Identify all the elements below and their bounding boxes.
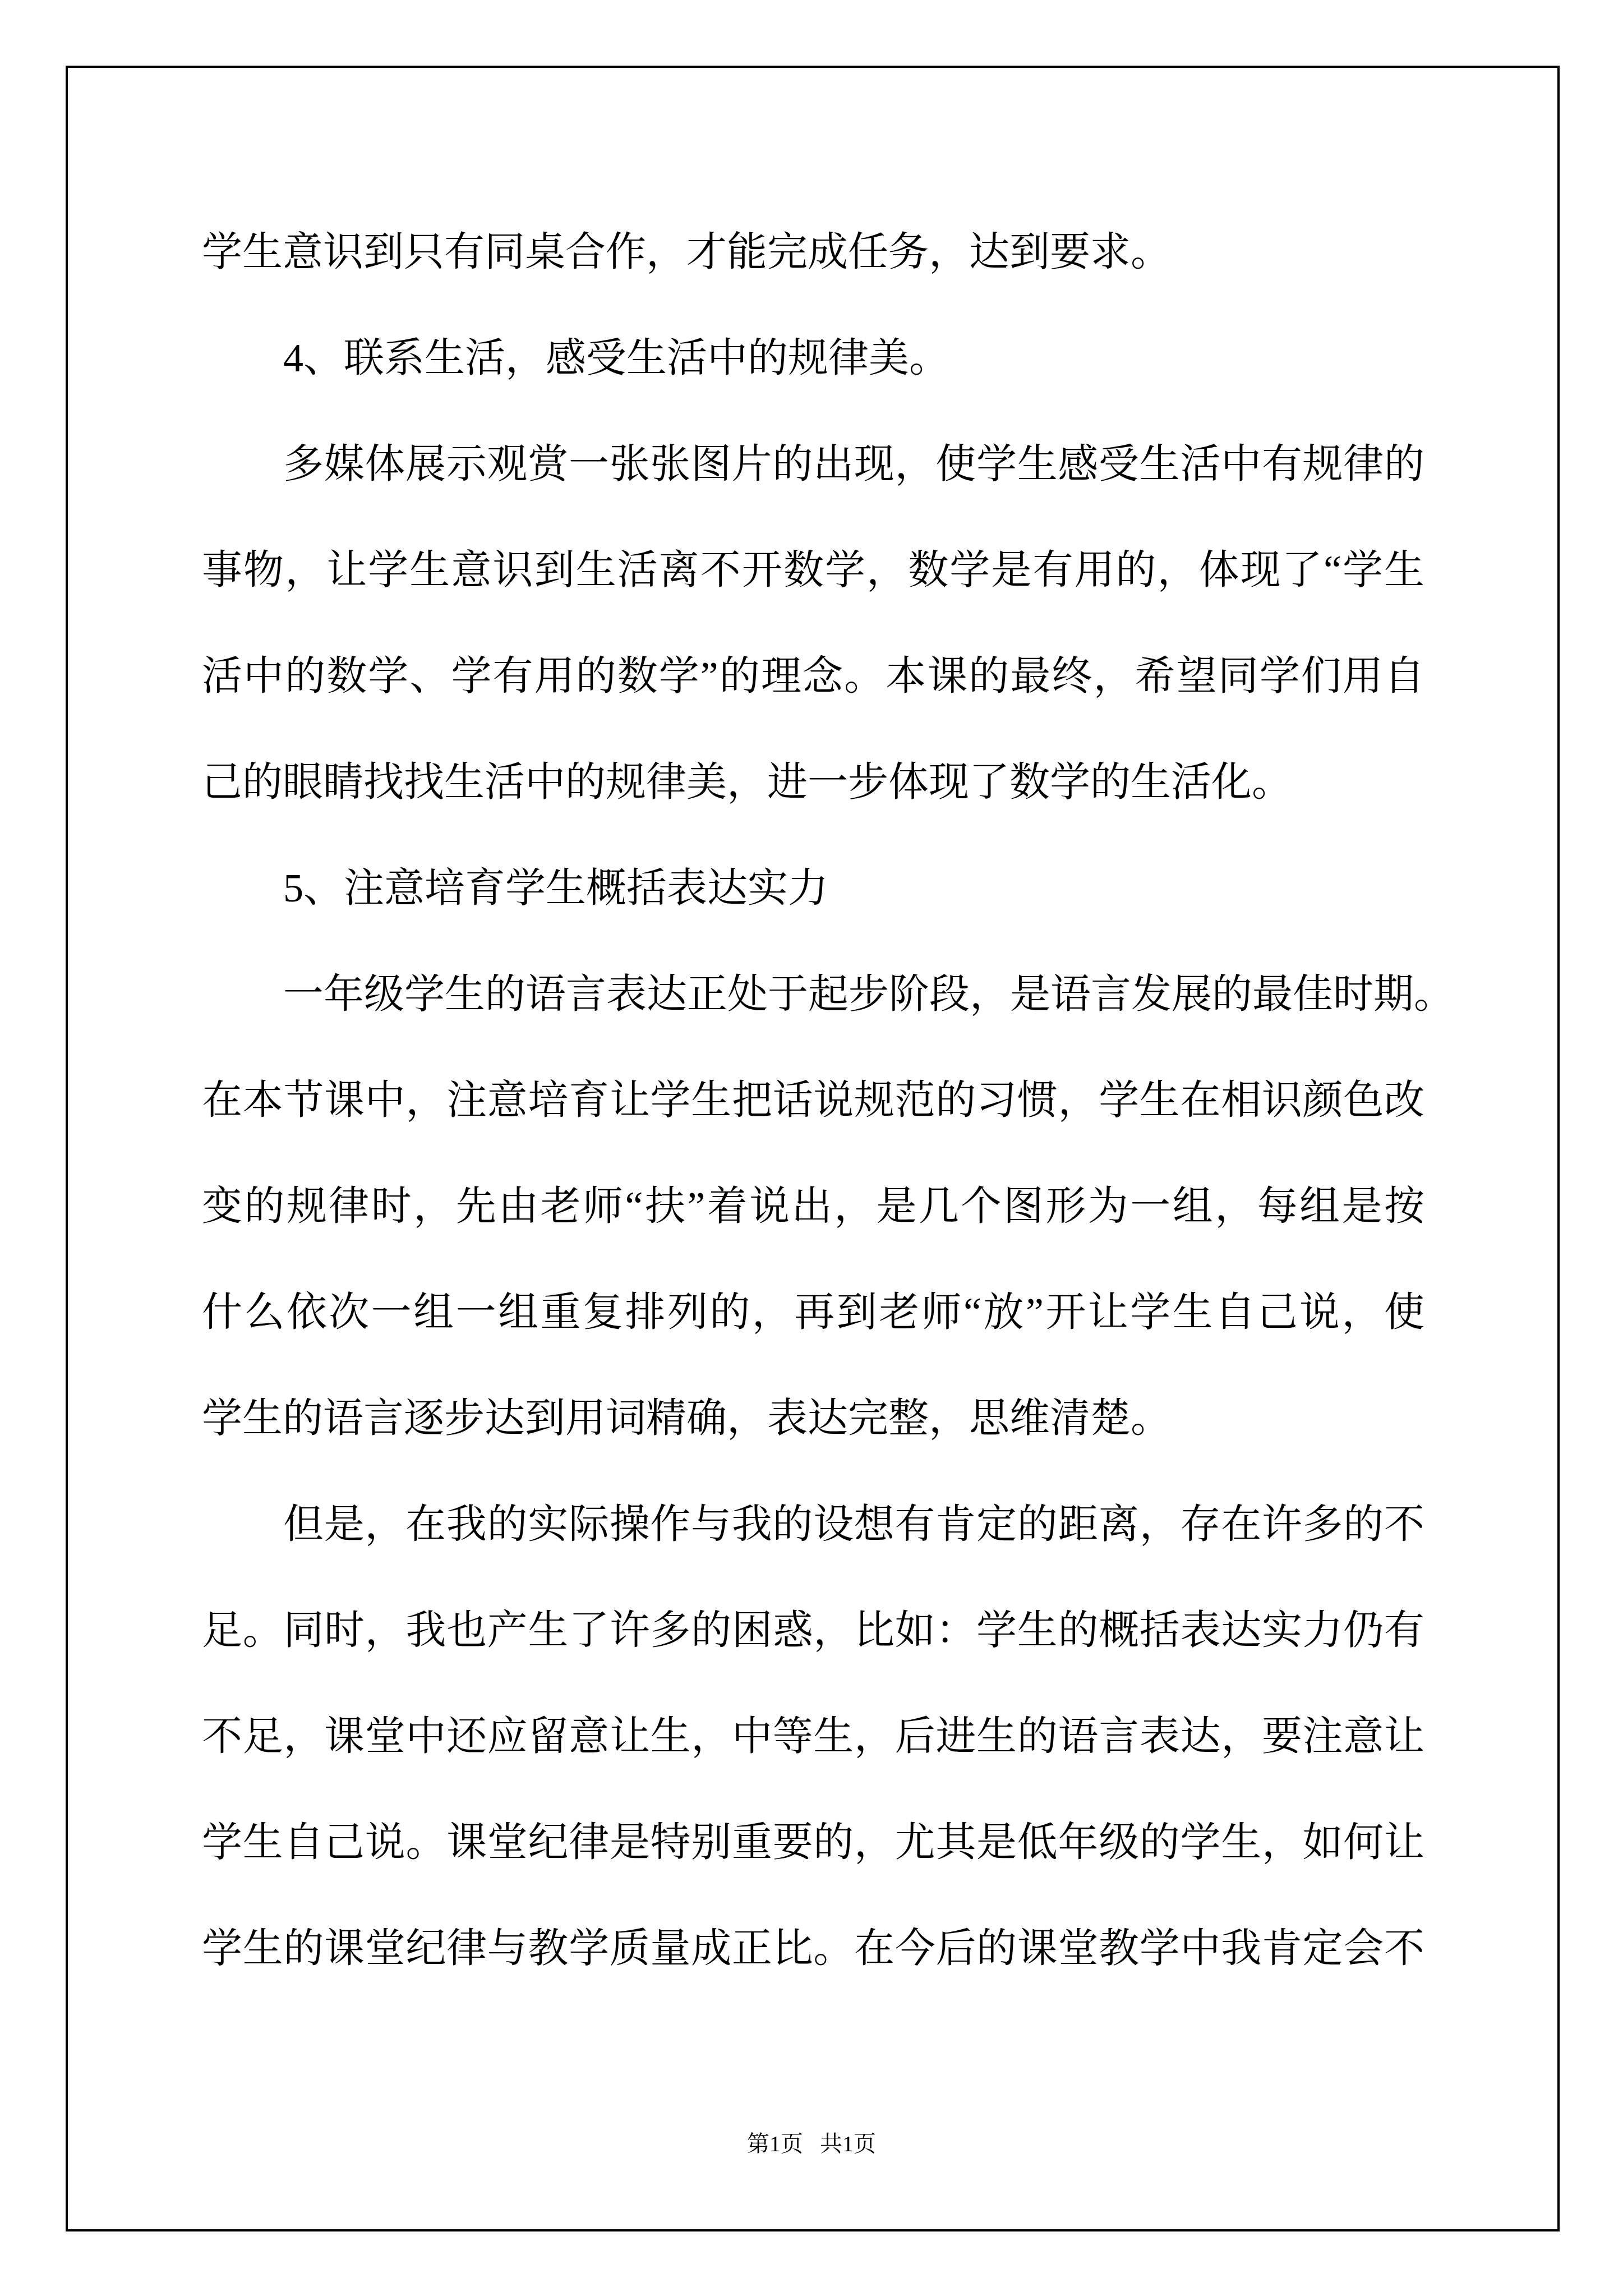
text-line-7: 5、注意培育学生概括表达实力	[202, 835, 1424, 941]
text-line-11: 什么依次一组一组重复排列的，再到老师“放”开让学生自己说，使	[202, 1259, 1424, 1365]
text-line-15: 不足，课堂中还应留意让生，中等生，后进生的语言表达，要注意让	[202, 1683, 1424, 1789]
text-line-17: 学生的课堂纪律与教学质量成正比。在今后的课堂教学中我肯定会不	[202, 1895, 1424, 2001]
text-line-12: 学生的语言逐步达到用词精确，表达完整，思维清楚。	[202, 1365, 1424, 1471]
text-line-4: 事物，让学生意识到生活离不开数学，数学是有用的，体现了“学生	[202, 517, 1424, 623]
text-line-8: 一年级学生的语言表达正处于起步阶段，是语言发展的最佳时期。	[202, 941, 1424, 1047]
text-line-16: 学生自己说。课堂纪律是特别重要的，尤其是低年级的学生，如何让	[202, 1789, 1424, 1895]
text-line-3: 多媒体展示观赏一张张图片的出现，使学生感受生活中有规律的	[202, 411, 1424, 517]
document-body: 学生意识到只有同桌合作，才能完成任务，达到要求。 4、联系生活，感受生活中的规律…	[202, 199, 1424, 2001]
text-line-9: 在本节课中，注意培育让学生把话说规范的习惯，学生在相识颜色改	[202, 1047, 1424, 1153]
page-number-footer: 第1页 共1页	[0, 2129, 1623, 2159]
text-line-13: 但是，在我的实际操作与我的设想有肯定的距离，存在许多的不	[202, 1471, 1424, 1577]
text-line-6: 己的眼睛找找生活中的规律美，进一步体现了数学的生活化。	[202, 729, 1424, 835]
text-line-14: 足。同时，我也产生了许多的困惑，比如：学生的概括表达实力仍有	[202, 1577, 1424, 1683]
text-line-5: 活中的数学、学有用的数学”的理念。本课的最终，希望同学们用自	[202, 623, 1424, 729]
text-line-10: 变的规律时，先由老师“扶”着说出，是几个图形为一组，每组是按	[202, 1153, 1424, 1259]
text-line-1: 学生意识到只有同桌合作，才能完成任务，达到要求。	[202, 199, 1424, 305]
text-line-2: 4、联系生活，感受生活中的规律美。	[202, 305, 1424, 411]
